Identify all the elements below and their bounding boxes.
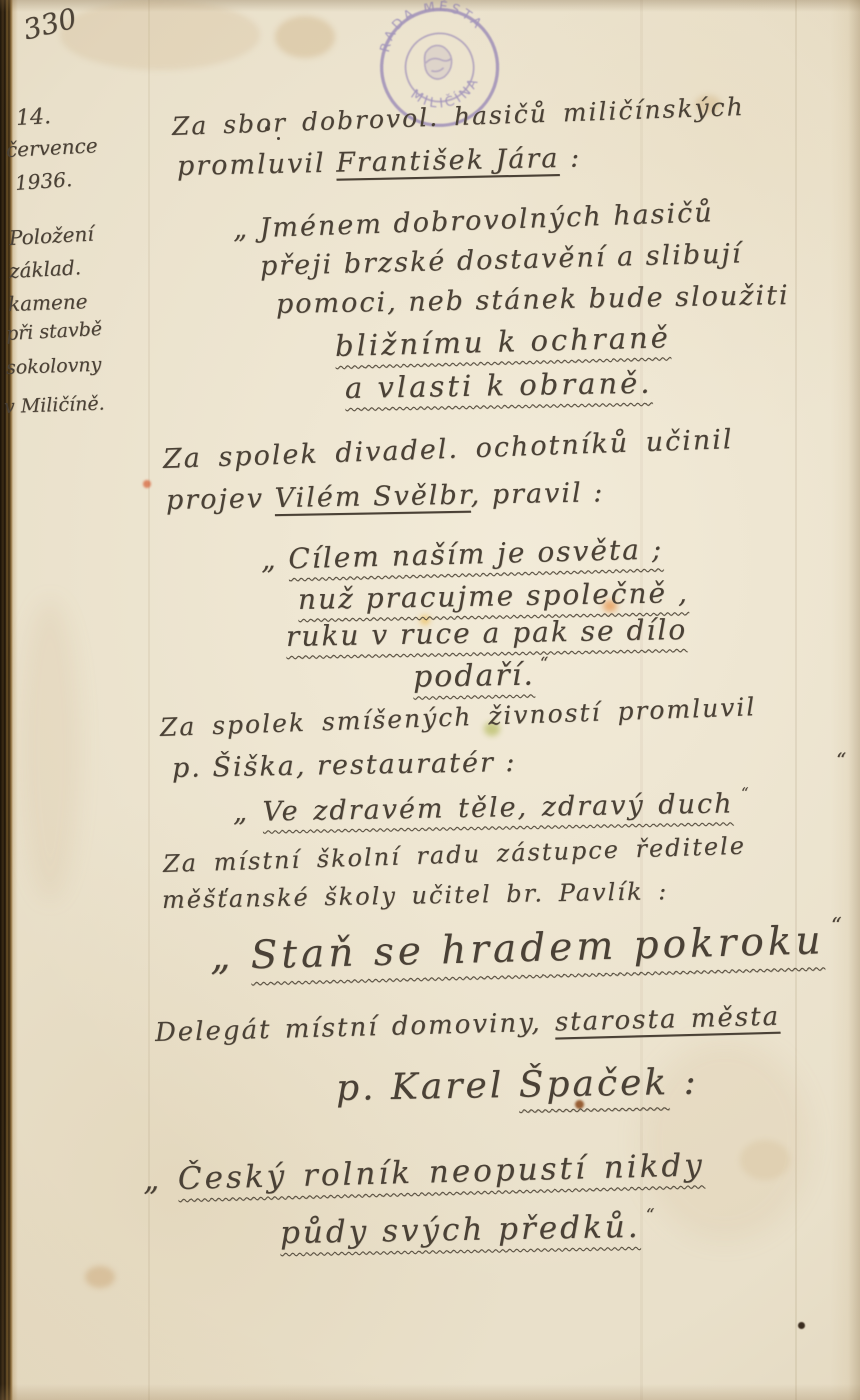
underlined-speaker-name: Vilém Svělbr bbox=[274, 480, 471, 514]
underlined-text: Staň se hradem pokroku bbox=[250, 918, 825, 978]
margin-date-day: 14. bbox=[15, 104, 51, 131]
handwritten-quote-line: nuž pracujme společně , bbox=[298, 576, 689, 616]
line-text: Za spolek smíšených živností promluvil bbox=[159, 692, 756, 742]
handwritten-line-speaker: p. Karel Špaček : bbox=[336, 1062, 699, 1109]
handwritten-line: Za spolek smíšených živností promluvil bbox=[159, 692, 756, 742]
underlined-text: Cílem naším je osvěta ; bbox=[288, 532, 664, 575]
handwritten-line-speaker: měšťanské školy učitel br. Pavlík : bbox=[162, 877, 669, 914]
closing-quote-mark: “ bbox=[733, 784, 749, 802]
page-edge-right bbox=[830, 0, 860, 1400]
opening-quote-mark: „ bbox=[209, 933, 251, 979]
handwritten-line: Za místní školní radu zástupce ředitele bbox=[163, 832, 747, 878]
line-text: Delegát místní domoviny, bbox=[155, 1008, 556, 1048]
underlined-text: půdy svých předků. bbox=[280, 1209, 641, 1251]
line-text: pomoci, neb stánek bude sloužiti bbox=[276, 280, 790, 320]
margin-note-line: v Miličíně. bbox=[4, 392, 105, 418]
underlined-text: Ve zdravém těle, zdravý duch bbox=[262, 788, 733, 827]
underlined-text: bližnímu k ochraně bbox=[335, 320, 672, 363]
line-text: p. Šiška, restauratér : bbox=[172, 747, 517, 784]
line-text: p. Karel bbox=[336, 1065, 519, 1109]
handwritten-quote-line: bližnímu k ochraně bbox=[335, 320, 672, 363]
margin-note-line: sokolovny bbox=[6, 354, 102, 379]
handwritten-motto-line: „ Staň se hradem pokroku “ bbox=[209, 913, 843, 979]
line-text: Za spolek divadel. ochotníků učinil bbox=[162, 424, 733, 475]
handwritten-motto-line: „ Český rolník neopustí nikdy bbox=[143, 1147, 706, 1198]
closing-quote-mark: “ bbox=[534, 654, 548, 673]
stamp-emblem bbox=[421, 43, 456, 82]
margin-note-line: základ. bbox=[8, 255, 81, 283]
line-text: , pravil : bbox=[470, 477, 604, 510]
margin-date-month: července bbox=[5, 133, 98, 162]
handwritten-quote-line: pomoci, neb stánek bude sloužiti bbox=[276, 280, 790, 320]
underlined-text: nuž pracujme společně , bbox=[298, 576, 689, 616]
line-text: „ Jménem dobrovolných hasičů bbox=[232, 197, 714, 245]
paper-stain bbox=[740, 1140, 790, 1180]
closing-quote-mark: “ bbox=[824, 913, 842, 938]
handwritten-quote-line: a vlasti k obraně. bbox=[345, 366, 653, 405]
ink-speck bbox=[277, 137, 280, 140]
line-text: : bbox=[559, 143, 581, 174]
margin-note-line: Položení bbox=[8, 222, 94, 250]
handwritten-quote-line: „ Cílem naším je osvěta ; bbox=[261, 532, 664, 576]
underlined-text: Český rolník neopustí nikdy bbox=[177, 1147, 705, 1197]
handwritten-quote-line: „ Jménem dobrovolných hasičů bbox=[232, 197, 714, 245]
line-text: přeji brzské dostavění a slibují bbox=[260, 238, 743, 282]
paper-stain bbox=[275, 16, 335, 58]
margin-note-line: kamene bbox=[8, 289, 88, 316]
handwritten-line-speaker: Delegát místní domoviny, starosta města bbox=[155, 1002, 781, 1048]
underlined-speaker-name: Špaček bbox=[518, 1062, 669, 1106]
page-edge-bottom bbox=[0, 1384, 860, 1400]
paper-crease bbox=[795, 0, 797, 1400]
underlined-speaker-name: František Jára bbox=[336, 143, 560, 179]
opening-quote-mark: „ bbox=[143, 1161, 179, 1198]
handwritten-line-speaker: promluvil František Jára : bbox=[177, 143, 582, 182]
paper-stain bbox=[798, 1322, 805, 1329]
book-binding-edge bbox=[0, 0, 18, 1400]
opening-quote-mark: „ bbox=[233, 797, 263, 829]
underlined-text: a vlasti k obraně. bbox=[345, 366, 653, 405]
handwritten-line-speaker: projev Vilém Svělbr, pravil : bbox=[166, 477, 605, 516]
manuscript-page: RADA MĚSTA MILIČÍNA 330 14. července 193… bbox=[0, 0, 860, 1400]
line-text: promluvil bbox=[177, 148, 337, 182]
underlined-text: podaří. bbox=[413, 658, 535, 695]
line-text: měšťanské školy učitel br. Pavlík : bbox=[162, 877, 669, 914]
paper-stain bbox=[143, 480, 151, 488]
handwritten-line: Za spolek divadel. ochotníků učinil bbox=[162, 424, 733, 475]
paper-stain bbox=[85, 1266, 115, 1288]
handwritten-quote-line: ruku v ruce a pak se dílo bbox=[286, 613, 688, 653]
handwritten-quote-line: přeji brzské dostavění a slibují bbox=[260, 238, 743, 282]
handwritten-line-speaker: p. Šiška, restauratér : bbox=[172, 747, 517, 784]
line-text: Za místní školní radu zástupce ředitele bbox=[163, 832, 747, 878]
margin-date-year: 1936. bbox=[14, 167, 73, 195]
opening-quote-mark: „ bbox=[261, 542, 289, 576]
handwritten-quote-line: podaří. “ bbox=[413, 654, 549, 695]
handwritten-quote-line: „ Ve zdravém těle, zdravý duch “ bbox=[233, 784, 749, 828]
underlined-text: ruku v ruce a pak se dílo bbox=[286, 613, 688, 653]
underlined-text: starosta města bbox=[554, 1002, 780, 1038]
closing-quote-mark: “ bbox=[640, 1205, 654, 1225]
line-text: : bbox=[669, 1062, 699, 1104]
stray-quote-mark: “ bbox=[836, 748, 846, 772]
handwritten-motto-line: půdy svých předků. “ bbox=[280, 1205, 655, 1251]
line-text: projev bbox=[166, 483, 275, 516]
paper-stain bbox=[20, 600, 80, 900]
margin-note-line: při stavbě bbox=[5, 318, 102, 345]
